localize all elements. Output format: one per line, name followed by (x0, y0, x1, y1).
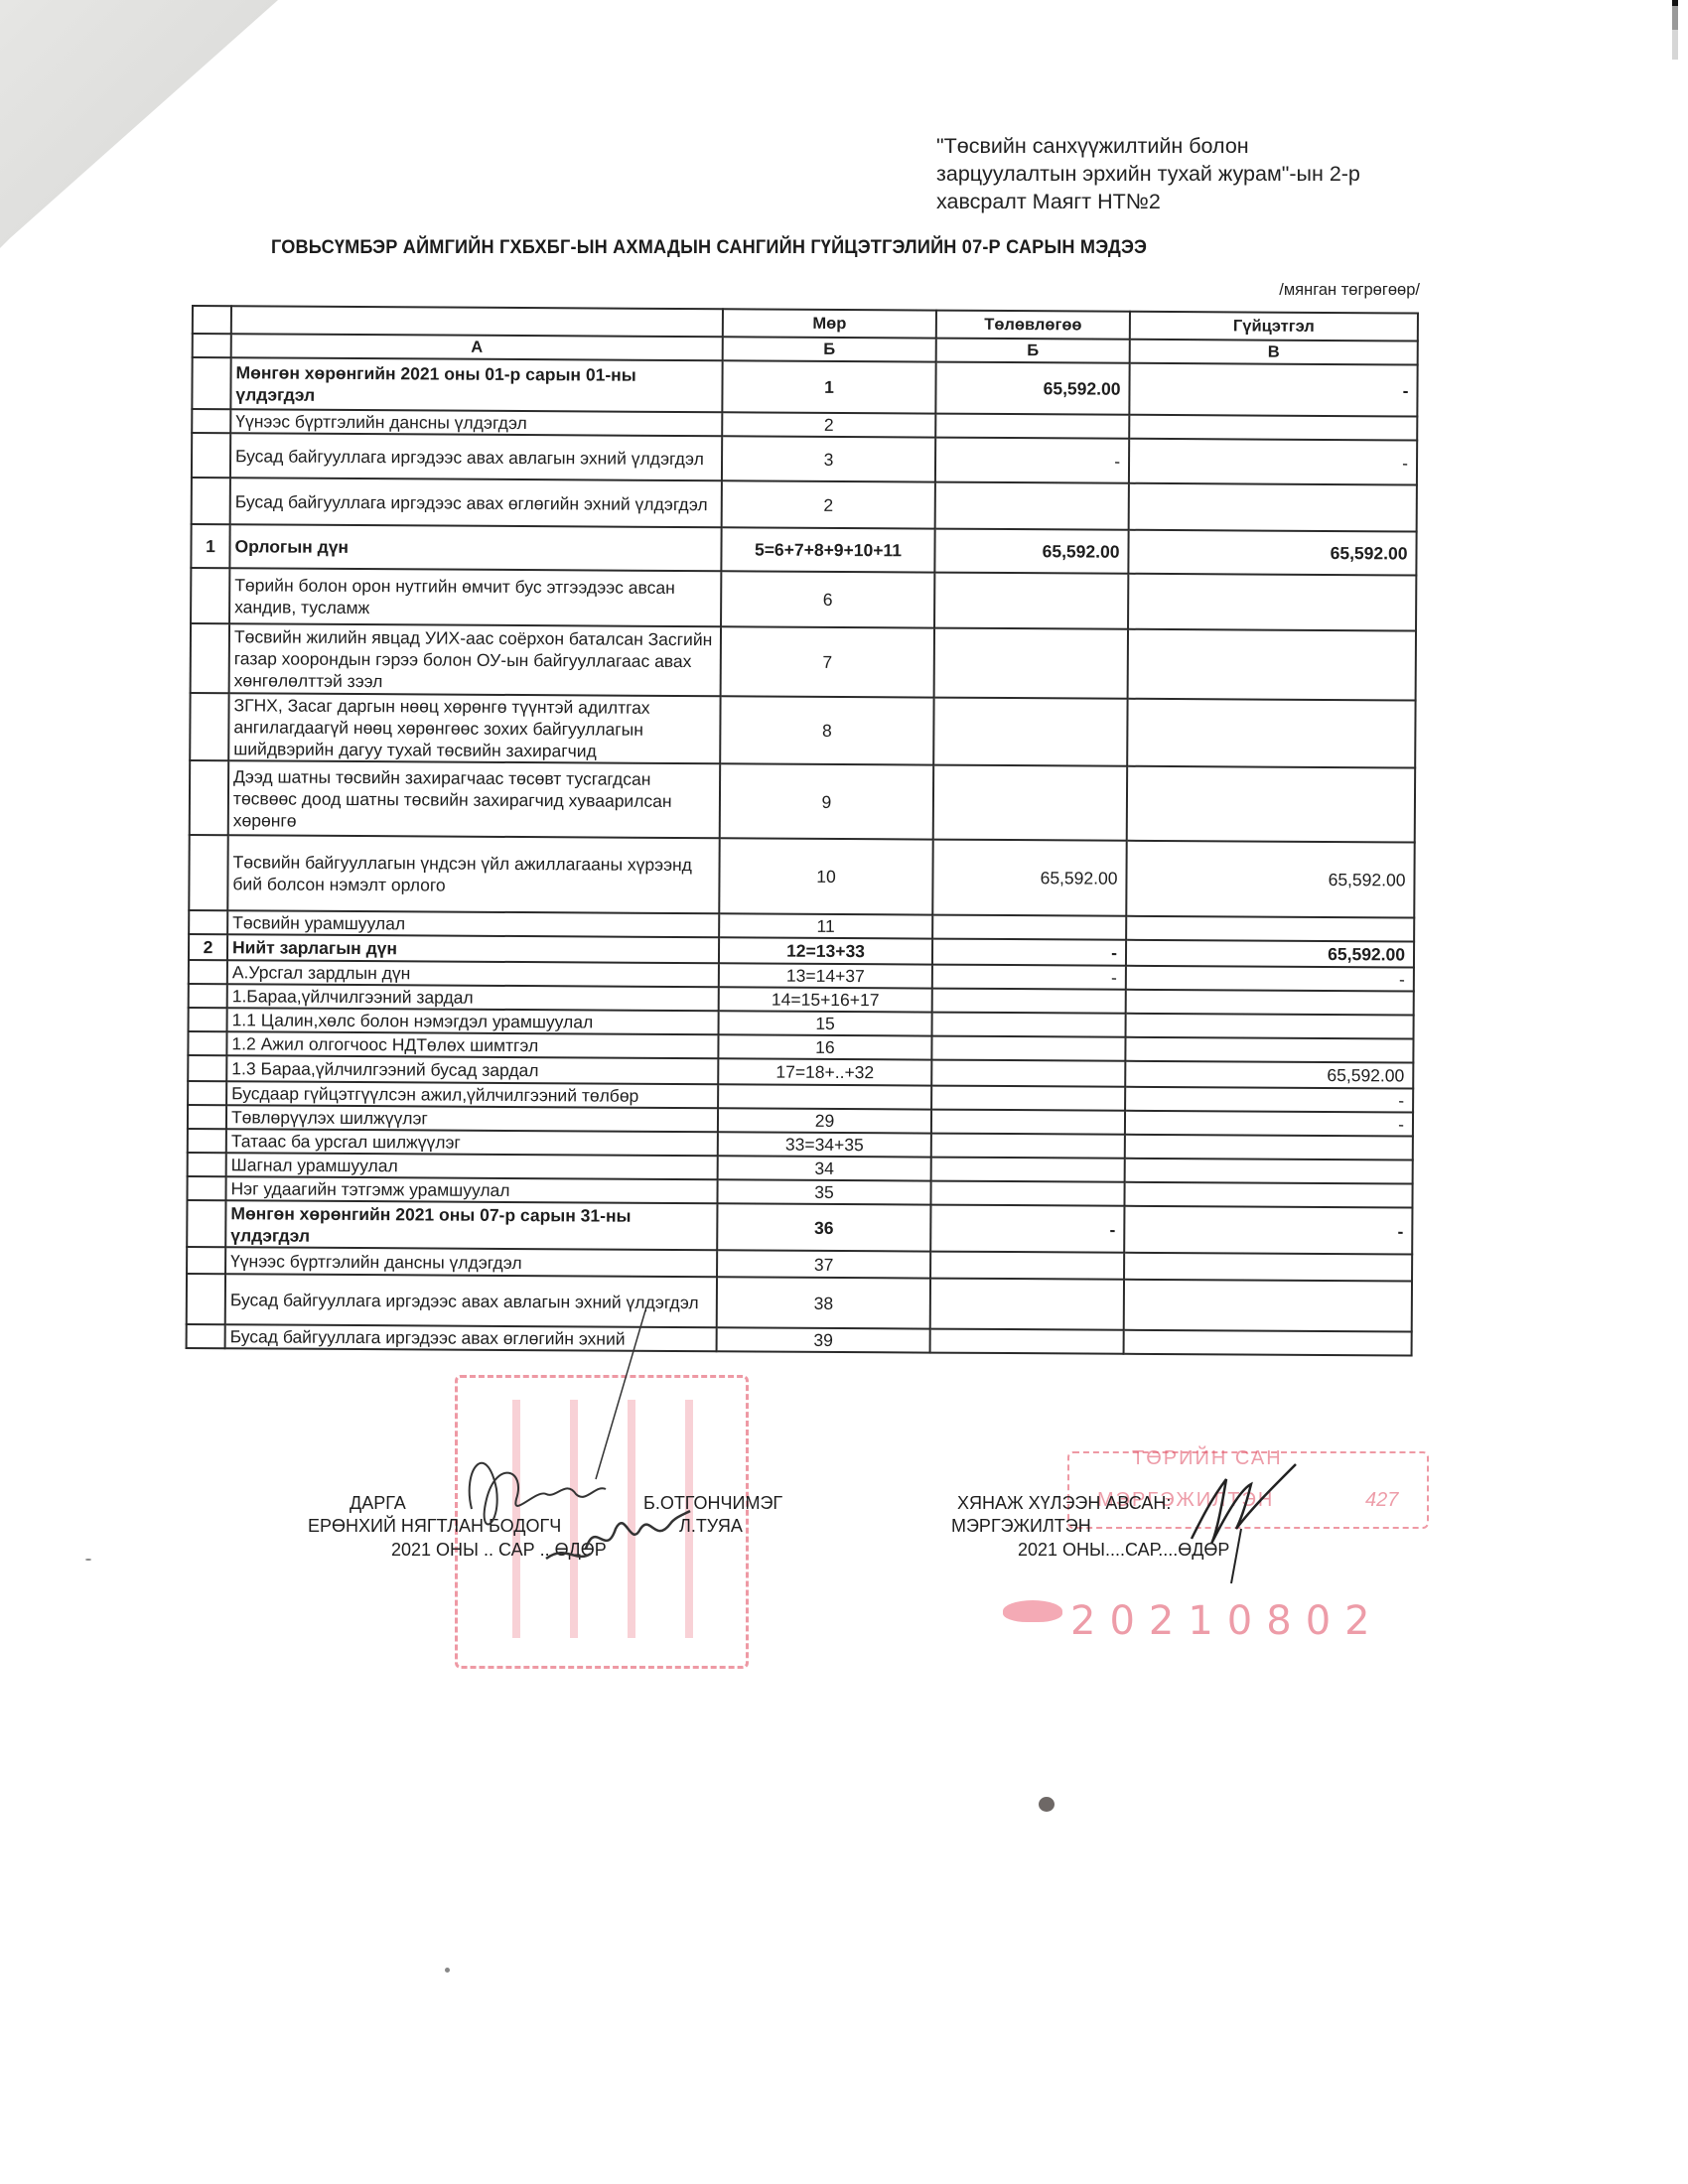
actual-value (1124, 1253, 1412, 1282)
row-index: 1 (191, 524, 229, 568)
header-plan: Төлөвлөгөө (936, 311, 1130, 340)
actual-value (1125, 1159, 1413, 1184)
plan-value: 65,592.00 (935, 362, 1129, 415)
actual-value: 65,592.00 (1126, 940, 1414, 968)
row-label: 1.2 Ажил олгогчоос НДТөлөх шимтгэл (226, 1031, 718, 1058)
actual-value: - (1125, 1111, 1413, 1137)
row-code: 12=13+33 (719, 937, 932, 964)
scan-edge (1672, 0, 1678, 60)
actual-value: 65,592.00 (1126, 841, 1414, 918)
plan-value (932, 1013, 1126, 1037)
reviewer-signature (1182, 1459, 1301, 1588)
row-index (190, 693, 228, 760)
row-index (191, 568, 229, 623)
row-index (189, 1008, 227, 1031)
table-row: Мөнгөн хөрөнгийн 2021 оны 01-р сарын 01-… (192, 357, 1417, 417)
plan-value (934, 573, 1128, 629)
actual-value (1125, 1135, 1413, 1160)
row-label: ЗГНХ, Засаг даргын нөөц хөрөнгө түүнтэй … (228, 693, 720, 763)
row-code: 5=6+7+8+9+10+11 (721, 527, 934, 572)
row-code: 7 (721, 626, 934, 697)
row-label: Дээд шатны төсвийн захирагчаас төсөвт ту… (228, 760, 720, 838)
plan-value (933, 698, 1127, 766)
row-index (192, 478, 230, 524)
actual-value (1124, 1182, 1412, 1208)
table-row: Төсвийн байгууллагын үндсэн үйл ажиллага… (189, 835, 1414, 918)
page-fold-shadow (0, 0, 298, 258)
table-row: Бусад байгууллага иргэдээс авах авлагын … (187, 1274, 1412, 1332)
row-code: 39 (717, 1327, 930, 1352)
actual-value (1129, 483, 1417, 532)
plan-value (930, 1181, 1124, 1206)
actual-value: - (1125, 1087, 1413, 1113)
actual-value: - (1129, 363, 1417, 417)
row-code: 8 (720, 696, 933, 764)
row-label: А.Урсгал зардлын дүн (227, 960, 719, 987)
plan-value (932, 989, 1126, 1014)
header-actual: Гүйцэтгэл (1130, 312, 1418, 341)
actual-value (1124, 1330, 1412, 1356)
plan-value (931, 1086, 1125, 1111)
row-index (187, 1324, 225, 1348)
page-title: ГОВЬСҮМБЭР АЙМГИЙН ГХБХБГ-ЫН АХМАДЫН САН… (271, 236, 1306, 259)
plan-value: 65,592.00 (934, 529, 1128, 574)
registry-stamp-number: 427 (1365, 1489, 1398, 1512)
row-label: Төсвийн байгууллагын үндсэн үйл ажиллага… (227, 835, 719, 913)
unit-label: /мянган төгрөгөөр/ (1221, 281, 1420, 300)
row-index (188, 1105, 226, 1129)
row-label: Татаас ба урсгал шилжүүлэг (226, 1129, 718, 1156)
table-row: 1Орлогын дүн5=6+7+8+9+10+1165,592.0065,5… (191, 524, 1416, 576)
actual-value: - (1126, 966, 1414, 992)
actual-value: - (1124, 1206, 1412, 1255)
row-code: 1 (722, 360, 935, 413)
header-row-code: Мөр (723, 309, 936, 338)
note-line-2: зарцуулалтын эрхийн тухай журам"-ын 2-р (936, 160, 1453, 188)
row-code: 17=18+..+32 (718, 1058, 931, 1085)
row-index (188, 1129, 226, 1153)
table-row: ЗГНХ, Засаг даргын нөөц хөрөнгө түүнтэй … (190, 693, 1415, 768)
plan-value: - (932, 939, 1126, 966)
row-code: 34 (718, 1156, 931, 1180)
row-index (188, 1081, 226, 1105)
actual-value (1126, 916, 1414, 942)
row-code: 3 (722, 436, 935, 481)
row-label: 1.1 Цалин,хөлс болон нэмэгдэл урамшуулал (227, 1008, 719, 1034)
row-index (187, 1247, 225, 1274)
date-stamp: 20210802 (1070, 1598, 1384, 1644)
row-label: Мөнгөн хөрөнгийн 2021 оны 01-р сарын 01-… (230, 357, 722, 412)
row-code: 35 (717, 1179, 930, 1204)
table-row: Бусад байгууллага иргэдээс авах авлагын … (192, 433, 1417, 485)
row-label: Нийт зарлагын дүн (227, 934, 719, 963)
row-index (187, 1274, 225, 1324)
row-label: Төсвийн жилийн явцад УИХ-аас соёрхон бат… (229, 623, 721, 696)
actual-value: 65,592.00 (1128, 530, 1416, 576)
row-code: 14=15+16+17 (719, 987, 932, 1012)
row-index (192, 433, 230, 478)
header-col-b: Б (723, 337, 936, 361)
header-cell (193, 334, 231, 357)
plan-value: - (932, 965, 1126, 990)
row-index (189, 960, 227, 984)
row-label: Орлогын дүн (229, 524, 721, 571)
report-table-wrap: Мөр Төлөвлөгөө Гүйцэтгэл А Б Б В Мөнгөн … (186, 305, 1419, 1357)
header-cell (193, 306, 231, 334)
row-label: Шагнал урамшуулал (226, 1153, 718, 1179)
row-index (190, 760, 228, 835)
plan-value (931, 1110, 1125, 1135)
row-index (189, 984, 227, 1008)
table-row: Төсвийн жилийн явцад УИХ-аас соёрхон бат… (191, 623, 1416, 701)
actual-value (1128, 574, 1416, 631)
row-index (188, 1031, 226, 1055)
reviewer-role: МЭРГЭЖИЛТЭН (951, 1514, 1091, 1538)
report-table: Мөр Төлөвлөгөө Гүйцэтгэл А Б Б В Мөнгөн … (186, 305, 1419, 1357)
note-line-3: хавсралт Маягт НТ№2 (936, 188, 1453, 215)
row-index (189, 910, 227, 934)
date-stamp-smear (1003, 1600, 1062, 1622)
row-index (192, 357, 230, 409)
actual-value (1124, 1280, 1412, 1332)
header-col-v: В (1130, 340, 1418, 365)
actual-value (1126, 1014, 1414, 1039)
row-code: 9 (720, 763, 933, 839)
accountant-signature (576, 1499, 695, 1569)
actual-value: 65,592.00 (1125, 1061, 1413, 1089)
plan-value: - (935, 438, 1129, 483)
scan-speck (445, 1968, 450, 1973)
table-row: Мөнгөн хөрөнгийн 2021 оны 07-р сарын 31-… (187, 1200, 1412, 1255)
row-label: Бусад байгууллага иргэдээс авах өглөгийн… (230, 478, 722, 527)
plan-value (930, 1252, 1124, 1280)
actual-value (1128, 629, 1416, 701)
actual-value (1129, 415, 1417, 441)
director-title: ДАРГА (350, 1491, 406, 1515)
header-cell (231, 306, 723, 337)
plan-value (931, 1158, 1125, 1182)
row-code: 36 (717, 1203, 930, 1251)
table-row: Дээд шатны төсвийн захирагчаас төсөвт ту… (190, 760, 1415, 843)
actual-value: - (1129, 439, 1417, 485)
row-code: 10 (719, 838, 932, 914)
row-label: 1.3 Бараа,үйлчилгээний бусад зардал (226, 1055, 718, 1084)
row-label: Үүнээс бүртгэлийн дансны үлдэгдэл (225, 1247, 717, 1277)
row-label: Төрийн болон орон нутгийн өмчит бус этгэ… (229, 568, 721, 626)
plan-value (933, 765, 1127, 841)
table-row: Төрийн болон орон нутгийн өмчит бус этгэ… (191, 568, 1416, 631)
ink-blot (1039, 1797, 1055, 1812)
row-label: Үүнээс бүртгэлийн дансны үлдэгдэл (230, 409, 722, 436)
row-code: 6 (721, 571, 934, 627)
plan-value (930, 1329, 1124, 1354)
row-index (188, 1055, 226, 1081)
row-code: 16 (718, 1034, 931, 1059)
reviewer-title: ХЯНАЖ ХҮЛЭЭН АВСАН: (957, 1491, 1171, 1515)
row-code: 13=14+37 (719, 963, 932, 988)
actual-value (1125, 1037, 1413, 1063)
plan-value: 65,592.00 (932, 840, 1126, 916)
scan-speck (85, 1559, 91, 1561)
plan-value (930, 1279, 1124, 1330)
plan-value (935, 482, 1129, 530)
row-label: Төвлөрүүлэх шилжүүлэг (226, 1105, 718, 1132)
plan-value (935, 414, 1129, 439)
plan-value (931, 1060, 1125, 1087)
row-label: Бусад байгууллага иргэдээс авах авлагын … (230, 433, 722, 480)
plan-value (931, 1134, 1125, 1159)
actual-value (1126, 990, 1414, 1016)
row-label: 1.Бараа,үйлчилгээний зардал (227, 984, 719, 1011)
form-reference-note: "Төсвийн санхүүжилтийн болон зарцуулалты… (936, 132, 1453, 215)
plan-value: - (930, 1205, 1124, 1253)
row-code: 29 (718, 1108, 931, 1133)
row-label: Төсвийн урамшуулал (227, 910, 719, 937)
plan-value (931, 1036, 1125, 1061)
row-code: 33=34+35 (718, 1132, 931, 1157)
plan-value (932, 915, 1126, 940)
row-code: 15 (719, 1011, 932, 1035)
row-index (187, 1200, 225, 1247)
row-code: 37 (717, 1250, 930, 1278)
row-label: Бусдаар гүйцэтгүүлсэн ажил,үйлчилгээний … (226, 1081, 718, 1108)
row-code: 2 (722, 480, 935, 528)
header-col-b2: Б (936, 339, 1130, 363)
table-row: Бусад байгууллага иргэдээс авах өглөгийн… (192, 478, 1417, 532)
plan-value (934, 628, 1128, 699)
row-index (192, 409, 230, 433)
row-code (718, 1084, 931, 1109)
actual-value (1127, 766, 1415, 843)
row-label: Мөнгөн хөрөнгийн 2021 оны 07-р сарын 31-… (225, 1200, 717, 1250)
row-index: 2 (189, 934, 227, 960)
note-line-1: "Төсвийн санхүүжилтийн болон (936, 132, 1453, 160)
row-code: 2 (722, 412, 935, 437)
row-label: Нэг удаагийн тэтгэмж урамшуулал (225, 1176, 717, 1203)
actual-value (1127, 699, 1415, 768)
row-index (191, 623, 229, 693)
row-code: 11 (719, 913, 932, 938)
header-col-a: А (231, 334, 723, 360)
row-index (187, 1176, 225, 1200)
row-index (189, 835, 227, 910)
row-code: 38 (717, 1277, 930, 1328)
row-index (188, 1153, 226, 1176)
